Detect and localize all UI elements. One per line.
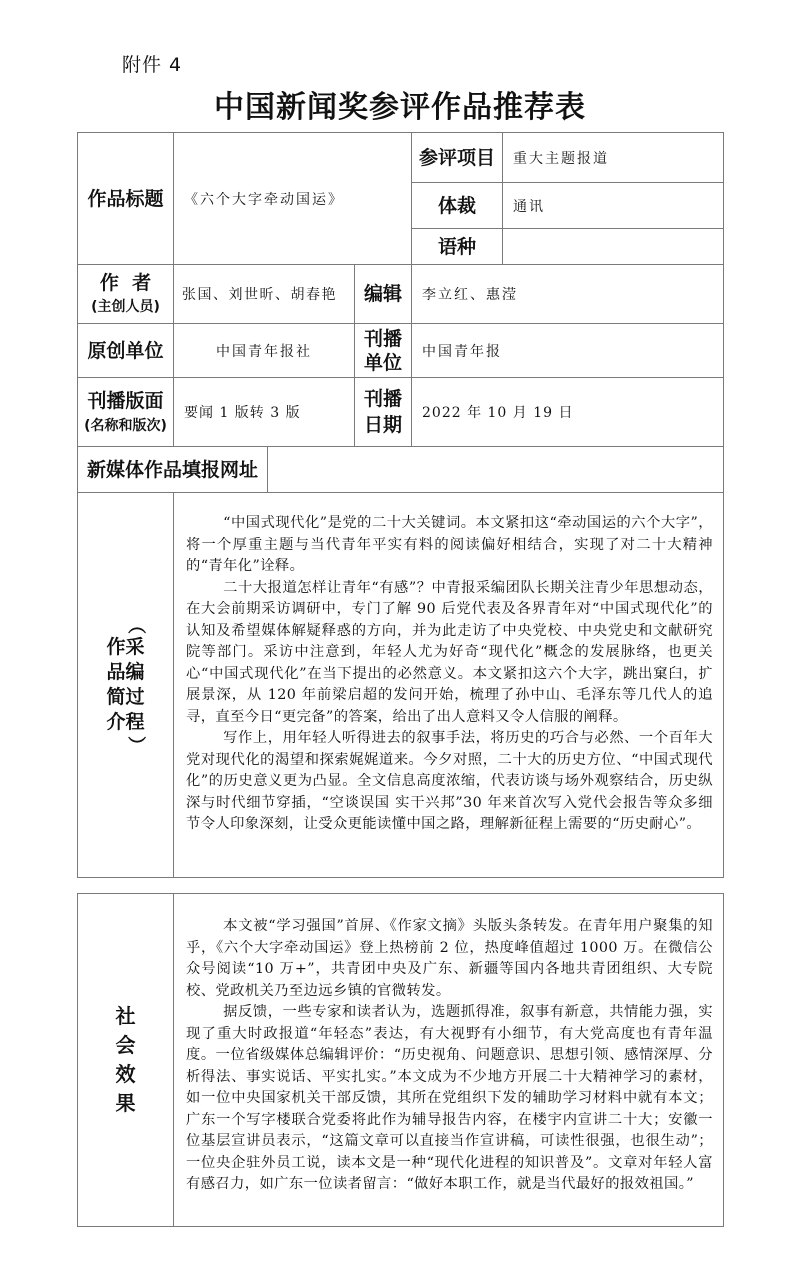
original-unit-label: 原创单位 xyxy=(77,323,174,378)
language-label-text: 语种 xyxy=(438,233,476,261)
genre-label-text: 体裁 xyxy=(438,192,476,220)
publish-unit-label-line2: 单位 xyxy=(364,351,402,375)
social-effect-label-char: 效 xyxy=(116,1060,136,1089)
social-effect-text: 本文被“学习强国”首屏、《作家文摘》头版头条转发。在青年用户聚集的知乎，《六个大… xyxy=(173,893,724,1227)
work-title-label-text: 作品标题 xyxy=(87,185,163,213)
publish-unit-value: 中国青年报 xyxy=(411,323,724,378)
publish-date-label: 刊播 日期 xyxy=(354,377,412,447)
social-effect-label-char: 社 xyxy=(116,1002,136,1031)
original-unit-value: 中国青年报社 xyxy=(173,323,355,378)
publish-page-value: 要闻 1 版转 3 版 xyxy=(173,377,355,447)
intro-paragraph: 二十大报道怎样让青年“有感”？中青报采编团队长期关注青少年思想动态，在大会前期采… xyxy=(186,578,713,729)
intro-label-char: 采 xyxy=(126,635,145,660)
publish-date-value: 2022 年 10 月 19 日 xyxy=(411,377,724,447)
authors-sublabel: (主创人员) xyxy=(91,296,160,318)
intro-label-left: 作 品 简 介 xyxy=(106,635,125,735)
authors-text: 张国、刘世昕、胡春艳 xyxy=(182,284,337,304)
editors-label: 编辑 xyxy=(354,264,412,324)
work-title-value: 《六个大字牵动国运》 xyxy=(173,132,412,265)
work-title-text: 《六个大字牵动国运》 xyxy=(184,189,344,209)
intro-label-right: （ 采 编 过 程 ） xyxy=(126,615,145,755)
publish-unit-label-line1: 刊播 xyxy=(364,327,402,351)
authors-value: 张国、刘世昕、胡春艳 xyxy=(173,264,355,324)
publish-date-label-line1: 刊播 xyxy=(364,386,402,412)
editors-text: 李立红、惠滢 xyxy=(422,284,518,304)
category-label-text: 参评项目 xyxy=(419,144,495,172)
authors-label-text: 作 者 xyxy=(100,270,151,296)
attachment-label: 附件 4 xyxy=(122,50,182,77)
publish-date-text: 2022 年 10 月 19 日 xyxy=(422,402,574,422)
intro-text: “中国式现代化”是党的二十大关键词。本文紧扣这“牵动国运的六个大字”，将一个厚重… xyxy=(173,492,724,878)
publish-unit-label: 刊播 单位 xyxy=(354,323,412,378)
category-value: 重大主题报道 xyxy=(502,132,724,183)
social-effect-label-char: 会 xyxy=(116,1031,136,1060)
intro-label-char: 编 xyxy=(126,660,145,685)
language-label: 语种 xyxy=(411,228,503,265)
intro-label: 作 品 简 介 （ 采 编 过 程 ） xyxy=(77,492,174,878)
social-effect-paragraph: 本文被“学习强国”首屏、《作家文摘》头版头条转发。在青年用户聚集的知乎，《六个大… xyxy=(186,916,713,1002)
category-label: 参评项目 xyxy=(411,132,503,183)
intro-label-char: 作 xyxy=(106,635,125,660)
new-media-url-label: 新媒体作品填报网址 xyxy=(77,446,268,493)
original-unit-text: 中国青年报社 xyxy=(216,341,312,361)
intro-label-char: 简 xyxy=(106,685,125,710)
publish-page-label: 刊播版面 (名称和版次) xyxy=(77,377,174,447)
intro-label-char: 品 xyxy=(106,660,125,685)
intro-paragraph: “中国式现代化”是党的二十大关键词。本文紧扣这“牵动国运的六个大字”，将一个厚重… xyxy=(186,513,713,578)
page-title: 中国新闻奖参评作品推荐表 xyxy=(0,82,800,126)
new-media-url-value xyxy=(267,446,724,493)
category-text: 重大主题报道 xyxy=(513,148,609,168)
new-media-url-label-text: 新媒体作品填报网址 xyxy=(87,456,258,484)
publish-page-sublabel: (名称和版次) xyxy=(84,415,167,437)
social-effect-label-char: 果 xyxy=(116,1089,136,1118)
intro-label-char: 过 xyxy=(126,685,145,710)
publish-date-label-line2: 日期 xyxy=(364,412,402,438)
social-effect-label: 社 会 效 果 xyxy=(77,893,174,1227)
social-effect-label-column: 社 会 效 果 xyxy=(116,1002,136,1118)
editors-label-text: 编辑 xyxy=(364,280,402,308)
genre-label: 体裁 xyxy=(411,182,503,229)
close-paren: ） xyxy=(125,736,145,754)
publish-unit-text: 中国青年报 xyxy=(422,341,502,361)
publish-page-text: 要闻 1 版转 3 版 xyxy=(184,402,301,422)
editors-value: 李立红、惠滢 xyxy=(411,264,724,324)
intro-label-char: 程 xyxy=(126,710,145,735)
genre-value: 通讯 xyxy=(502,182,724,229)
intro-paragraph: 写作上，用年轻人听得进去的叙事手法，将历史的巧合与必然、一个百年大党对现代化的渴… xyxy=(186,728,713,836)
authors-label: 作 者 (主创人员) xyxy=(77,264,174,324)
work-title-label: 作品标题 xyxy=(77,132,174,265)
publish-page-label-text: 刊播版面 xyxy=(87,387,163,415)
social-effect-paragraph: 据反馈，一些专家和读者认为，选题抓得准，叙事有新意，共情能力强，实现了重大时政报… xyxy=(186,1002,713,1196)
genre-text: 通讯 xyxy=(513,196,545,216)
language-value xyxy=(502,228,724,265)
open-paren: （ xyxy=(125,616,145,634)
original-unit-label-text: 原创单位 xyxy=(87,337,163,365)
intro-label-char: 介 xyxy=(106,710,125,735)
